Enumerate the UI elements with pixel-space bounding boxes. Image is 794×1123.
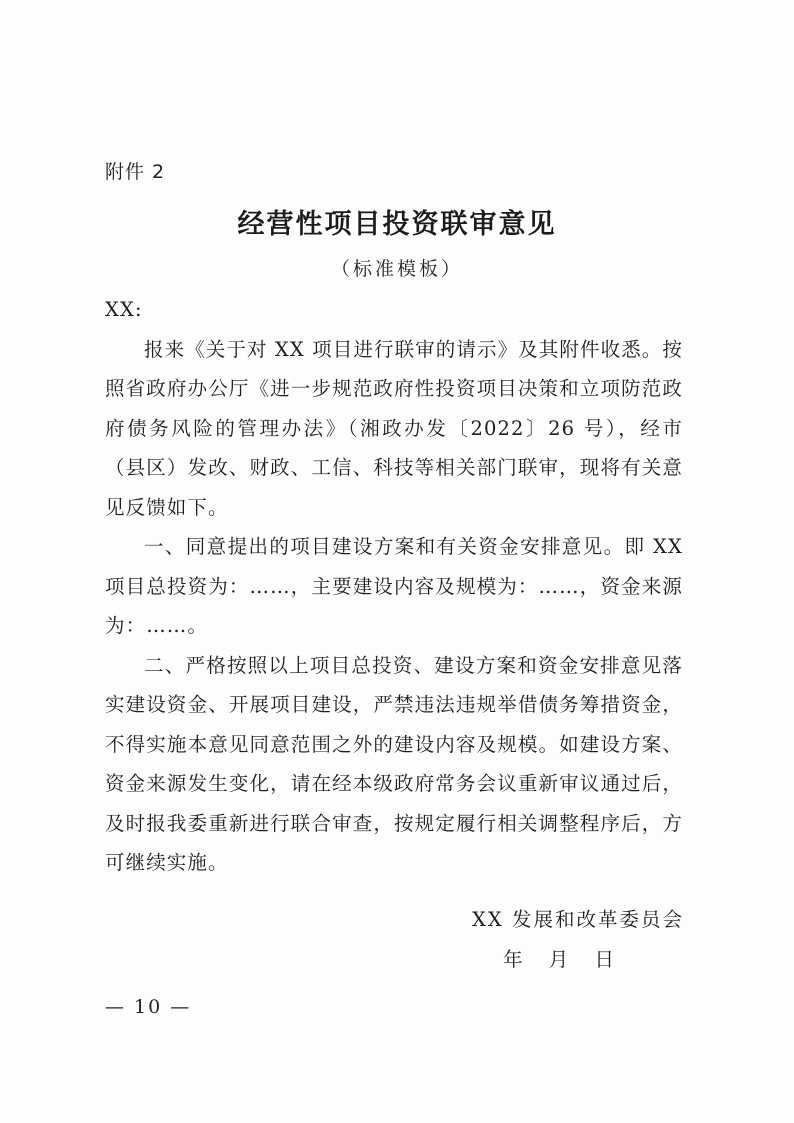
document-subtitle: （标准模板） bbox=[0, 254, 794, 281]
document-title: 经营性项目投资联审意见 bbox=[0, 202, 794, 241]
signature-date: 年 月 日 bbox=[472, 940, 684, 980]
document-page: 附件 2 经营性项目投资联审意见 （标准模板） XX: 报来《关于对 XX 项目… bbox=[0, 0, 794, 1123]
signature-block: XX 发展和改革委员会 年 月 日 bbox=[472, 900, 684, 980]
document-body: XX: 报来《关于对 XX 项目进行联审的请示》及其附件收悉。按照省政府办公厅《… bbox=[105, 290, 683, 883]
paragraph-intro: 报来《关于对 XX 项目进行联审的请示》及其附件收悉。按照省政府办公厅《进一步规… bbox=[105, 330, 683, 528]
attachment-label: 附件 2 bbox=[105, 157, 165, 184]
signature-organization: XX 发展和改革委员会 bbox=[472, 908, 684, 931]
salutation: XX: bbox=[105, 290, 683, 330]
page-number: — 10 — bbox=[105, 996, 191, 1018]
paragraph-item-1: 一、同意提出的项目建设方案和有关资金安排意见。即 XX 项目总投资为：……，主要… bbox=[105, 527, 683, 646]
paragraph-item-2: 二、严格按照以上项目总投资、建设方案和资金安排意见落实建设资金、开展项目建设，严… bbox=[105, 646, 683, 883]
